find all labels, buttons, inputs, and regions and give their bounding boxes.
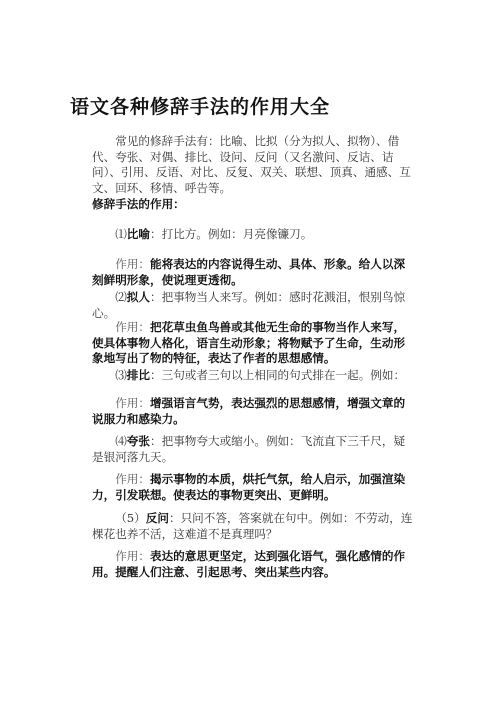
item-number: ⑷ — [115, 434, 127, 448]
item-number: ⑶ — [115, 368, 127, 382]
item-number: （5） — [115, 511, 146, 525]
item-definition-5: （5）反问：只问不答，答案就在句中。例如：不劳动，连棵花也养不活，这难道不是真理… — [92, 511, 414, 542]
section-heading: 修辞手法的作用： — [92, 197, 414, 213]
intro-paragraph: 常见的修辞手法有：比喻、比拟（分为拟人、拟物）、借代、夸张、对偶、排比、设问、反… — [92, 134, 414, 196]
item-definition-3: ⑶排比：三句或者三句以上相同的句式排在一起。例如： — [92, 368, 414, 384]
effect-label: 作用： — [115, 320, 150, 334]
item-number: ⑴ — [115, 227, 127, 241]
item-number: ⑵ — [115, 290, 127, 304]
item-effect-1: 作用：能将表达的内容说得生动、具体、形象。给人以深刻鲜明形象，使说理更透彻。 — [92, 257, 414, 288]
item-effect-2: 作用：把花草虫鱼鸟兽或其他无生命的事物当作人来写，使具体事物人格化，语言生动形象… — [92, 320, 414, 367]
item-definition-4: ⑷夸张：把事物夸大或缩小。例如：飞流直下三千尺，疑是银河落九天。 — [92, 434, 414, 465]
page-title: 语文各种修辞手法的作用大全 — [40, 92, 360, 119]
item-name: 拟人 — [127, 290, 150, 304]
effect-label: 作用： — [115, 549, 150, 563]
item-definition-2: ⑵拟人：把事物当人来写。例如：感时花溅泪，恨别鸟惊心。 — [92, 290, 414, 321]
item-definition-text: ：三句或者三句以上相同的句式排在一起。例如： — [150, 368, 405, 382]
item-name: 夸张 — [127, 434, 150, 448]
item-effect-4: 作用：揭示事物的本质，烘托气氛，给人启示，加强渲染力，引发联想。使表达的事物更突… — [92, 472, 414, 503]
effect-label: 作用： — [115, 396, 150, 410]
effect-label: 作用： — [115, 257, 150, 271]
item-definition-text: ：打比方。例如：月亮像镰刀。 — [150, 227, 312, 241]
effect-label: 作用： — [115, 472, 150, 486]
item-effect-5: 作用：表达的意思更坚定，达到强化语气，强化感情的作用。提醒人们注意、引起思考、突… — [92, 549, 414, 580]
item-name: 排比 — [127, 368, 150, 382]
item-name: 反问 — [146, 511, 169, 525]
item-definition-1: ⑴比喻：打比方。例如：月亮像镰刀。 — [92, 227, 414, 243]
item-effect-3: 作用：增强语言气势，表达强烈的思想感情，增强文章的说服力和感染力。 — [92, 396, 414, 427]
item-name: 比喻 — [127, 227, 150, 241]
